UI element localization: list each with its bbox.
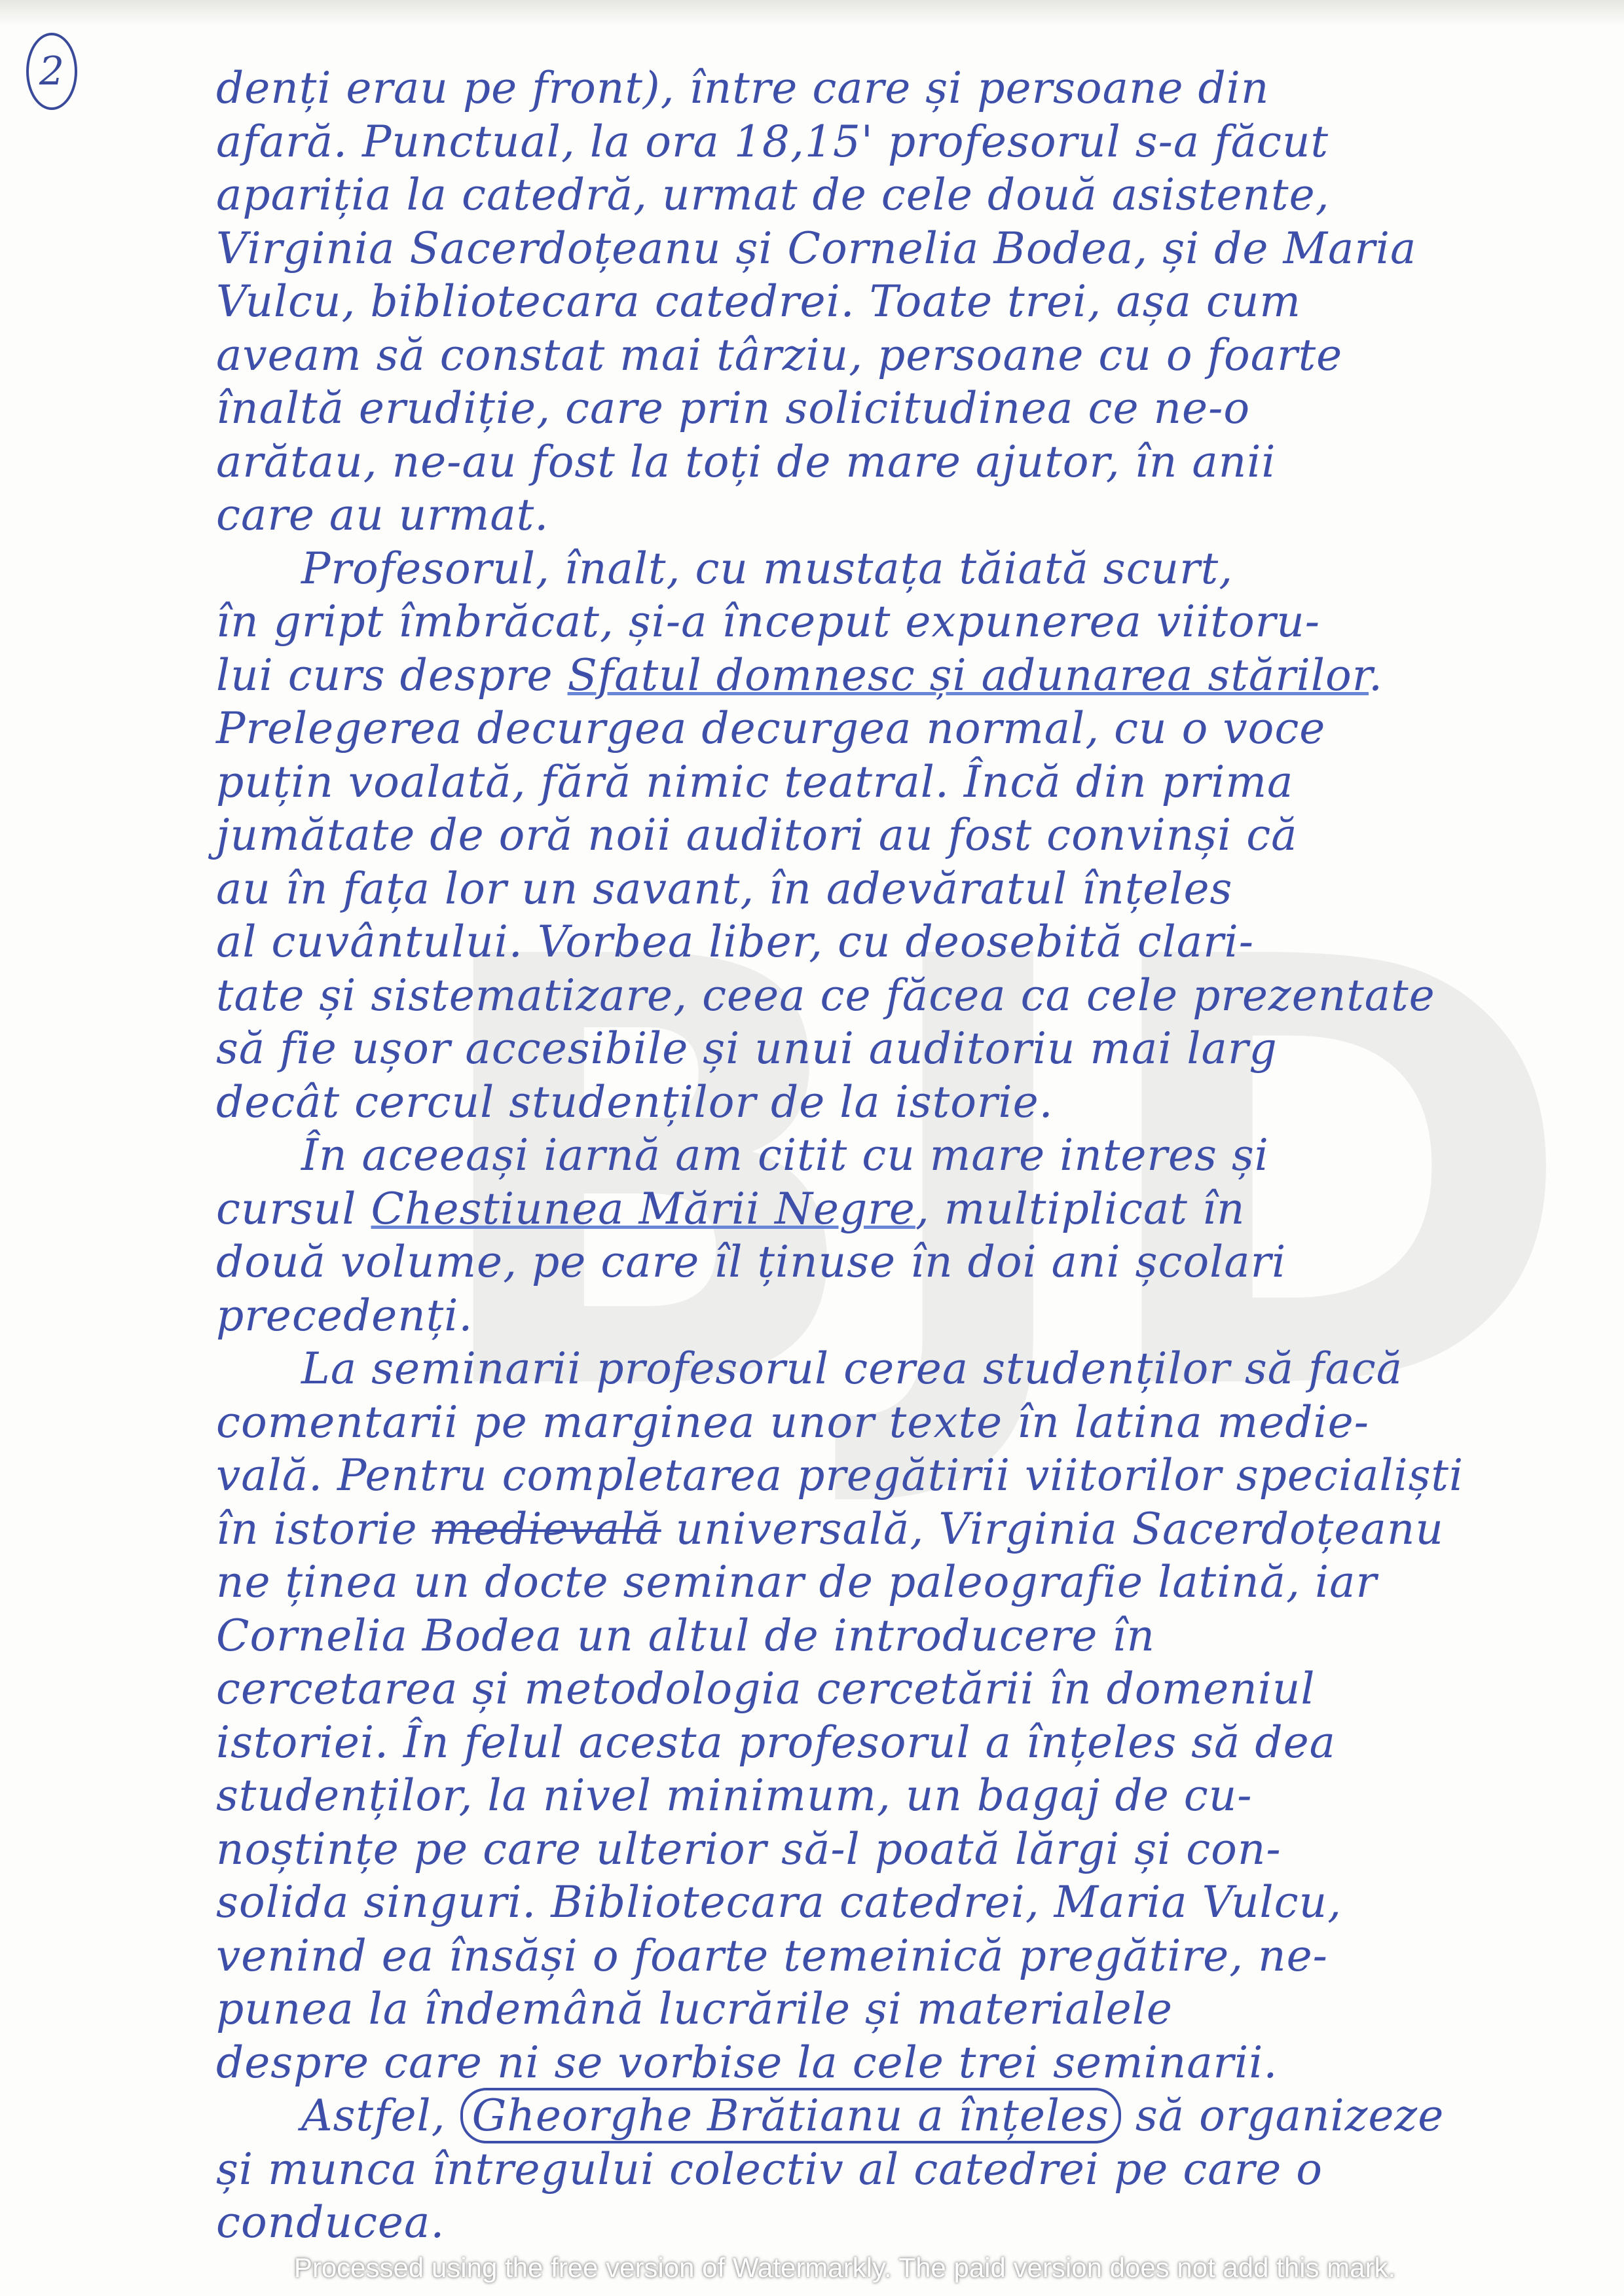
- handwritten-line: care au urmat.: [216, 489, 1604, 541]
- underlined-title: Sfatul domnesc și adunarea stărilor: [568, 650, 1369, 701]
- handwritten-line: decât cercul studenților de la istorie.: [216, 1076, 1604, 1129]
- handwritten-line: În aceeași iarnă am citit cu mare intere…: [301, 1129, 1624, 1182]
- line-text: universală, Virginia Sacerdoțeanu: [661, 1504, 1444, 1554]
- handwritten-line: solida singuri. Bibliotecara catedrei, M…: [216, 1876, 1604, 1929]
- handwritten-line: afară. Punctual, la ora 18,15' profesoru…: [216, 116, 1604, 168]
- handwritten-line: Virginia Sacerdoțeanu și Cornelia Bodea,…: [216, 223, 1604, 275]
- handwritten-line: Profesorul, înalt, cu mustața tăiată scu…: [301, 543, 1624, 595]
- underlined-title: Chestiunea Mării Negre: [371, 1184, 915, 1234]
- handwritten-line: Cornelia Bodea un altul de introducere î…: [216, 1610, 1604, 1662]
- line-text: în istorie: [216, 1504, 432, 1554]
- watermark-footer: Processed using the free version of Wate…: [288, 2252, 1401, 2284]
- line-text: să organizeze: [1121, 2090, 1444, 2141]
- handwritten-line: vală. Pentru completarea pregătirii viit…: [216, 1449, 1604, 1502]
- handwritten-text-block: denți erau pe front), între care și pers…: [0, 0, 1624, 2296]
- handwritten-line: aveam să constat mai târziu, persoane cu…: [216, 329, 1604, 382]
- line-text: Astfel,: [301, 2090, 460, 2141]
- line-text: , multiplicat în: [915, 1184, 1246, 1234]
- line-text: .: [1369, 650, 1383, 701]
- handwritten-line: La seminarii profesorul cerea studențilo…: [301, 1343, 1624, 1395]
- struck-word: medievală: [432, 1504, 661, 1554]
- handwritten-line: studenților, la nivel minimum, un bagaj …: [216, 1770, 1604, 1822]
- handwritten-line: cercetarea și metodologia cercetării în …: [216, 1663, 1604, 1715]
- handwritten-line: despre care ni se vorbise la cele trei s…: [216, 2037, 1604, 2089]
- handwritten-line: precedenți.: [216, 1290, 1604, 1342]
- handwritten-line: denți erau pe front), între care și pers…: [216, 62, 1604, 115]
- handwritten-line: istoriei. În felul acesta profesorul a î…: [216, 1717, 1604, 1769]
- line-text: cursul: [216, 1184, 371, 1234]
- handwritten-line: și munca întregului colectiv al catedrei…: [216, 2143, 1604, 2196]
- handwritten-line: cursul Chestiunea Mării Negre, multiplic…: [216, 1183, 1604, 1235]
- handwritten-line: comentarii pe marginea unor texte în lat…: [216, 1396, 1604, 1449]
- handwritten-line: înaltă erudiție, care prin solicitudinea…: [216, 382, 1604, 435]
- handwritten-line: al cuvântului. Vorbea liber, cu deosebit…: [216, 916, 1604, 968]
- handwritten-line: apariția la catedră, urmat de cele două …: [216, 169, 1604, 221]
- handwritten-line: tate și sistematizare, ceea ce făcea ca …: [216, 970, 1604, 1022]
- handwritten-line: două volume, pe care îl ținuse în doi an…: [216, 1236, 1604, 1288]
- handwritten-line: au în fața lor un savant, în adevăratul …: [216, 863, 1604, 915]
- handwritten-line: în istorie medievală universală, Virgini…: [216, 1503, 1604, 1556]
- circled-phrase: Gheorghe Brătianu a înțeles: [460, 2088, 1121, 2143]
- handwritten-line: arătau, ne-au fost la toți de mare ajuto…: [216, 436, 1604, 488]
- handwritten-line: în gript îmbrăcat, și-a început expunere…: [216, 596, 1604, 648]
- handwritten-line: puțin voalată, fără nimic teatral. Încă …: [216, 756, 1604, 809]
- handwritten-line: jumătate de oră noii auditori au fost co…: [216, 809, 1604, 862]
- handwritten-line: venind ea însăși o foarte temeinică preg…: [216, 1930, 1604, 1982]
- handwritten-line: noștințe pe care ulterior să-l poată lăr…: [216, 1823, 1604, 1876]
- handwritten-line: ne ținea un docte seminar de paleografie…: [216, 1556, 1604, 1609]
- handwritten-line: Astfel, Gheorghe Brătianu a înțeles să o…: [301, 2090, 1624, 2142]
- handwritten-line: lui curs despre Sfatul domnesc și adunar…: [216, 649, 1604, 702]
- handwritten-line: Vulcu, bibliotecara catedrei. Toate trei…: [216, 276, 1604, 328]
- line-text: lui curs despre: [216, 650, 568, 701]
- handwritten-line: punea la îndemână lucrările și materiale…: [216, 1983, 1604, 2035]
- handwritten-line: conducea.: [216, 2196, 1604, 2249]
- handwritten-line: să fie ușor accesibile și unui auditoriu…: [216, 1023, 1604, 1075]
- handwritten-line: Prelegerea decurgea decurgea normal, cu …: [216, 702, 1604, 755]
